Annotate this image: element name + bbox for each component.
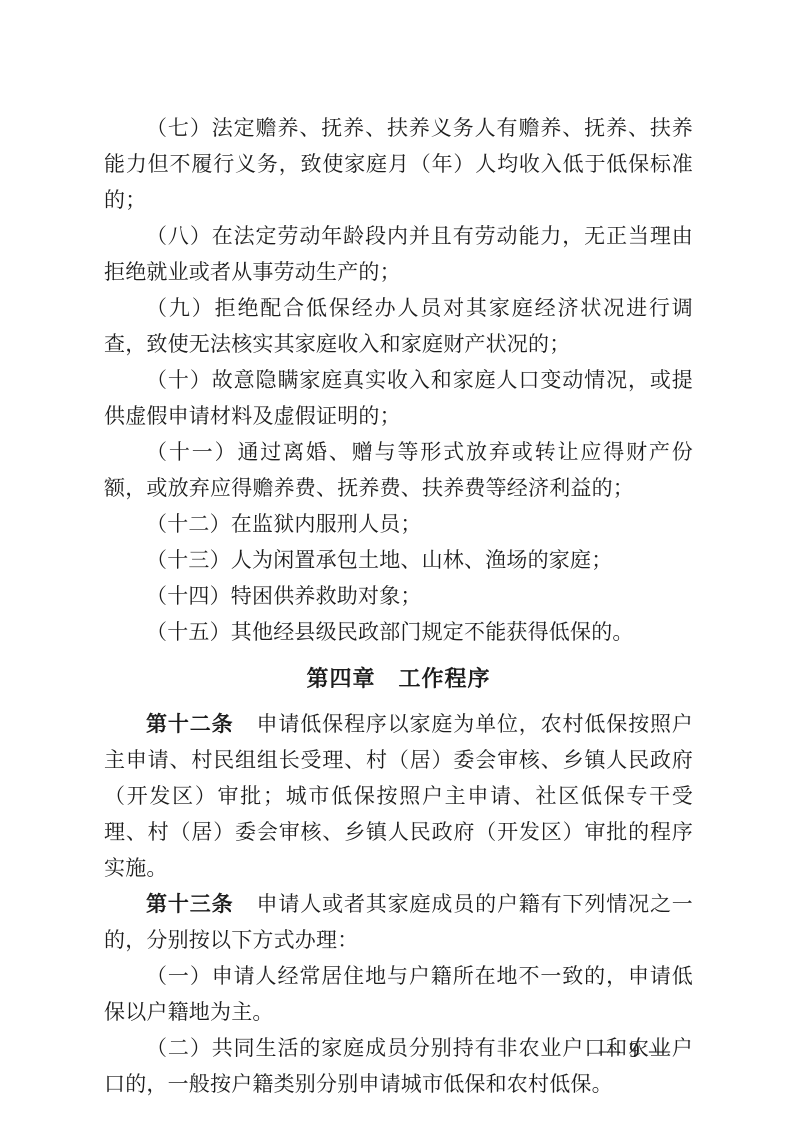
household-item-1: （一）申请人经常居住地与户籍所在地不一致的，申请低保以户籍地为主。 bbox=[104, 958, 693, 1030]
clause-item-8: （八）在法定劳动年龄段内并且有劳动能力，无正当理由拒绝就业或者从事劳动生产的； bbox=[104, 218, 693, 290]
clause-item-12: （十二）在监狱内服刑人员； bbox=[104, 506, 693, 542]
article-12: 第十二条申请低保程序以家庭为单位，农村低保按照户主申请、村民组组长受理、村（居）… bbox=[104, 706, 693, 886]
article-12-text: 申请低保程序以家庭为单位，农村低保按照户主申请、村民组组长受理、村（居）委会审核… bbox=[104, 712, 693, 880]
clause-item-9: （九）拒绝配合低保经办人员对其家庭经济状况进行调查，致使无法核实其家庭收入和家庭… bbox=[104, 290, 693, 362]
article-13-number: 第十三条 bbox=[146, 892, 233, 916]
clause-item-7: （七）法定赡养、抚养、扶养义务人有赡养、抚养、扶养能力但不履行义务，致使家庭月（… bbox=[104, 110, 693, 218]
clause-item-15: （十五）其他经县级民政部门规定不能获得低保的。 bbox=[104, 614, 693, 650]
clause-item-10: （十）故意隐瞒家庭真实收入和家庭人口变动情况，或提供虚假申请材料及虚假证明的； bbox=[104, 362, 693, 434]
article-12-number: 第十二条 bbox=[146, 712, 233, 736]
document-body: （七）法定赡养、抚养、扶养义务人有赡养、抚养、扶养能力但不履行义务，致使家庭月（… bbox=[104, 110, 693, 1102]
document-page: （七）法定赡养、抚养、扶养义务人有赡养、抚养、扶养能力但不履行义务，致使家庭月（… bbox=[0, 0, 793, 1122]
article-13: 第十三条申请人或者其家庭成员的户籍有下列情况之一的，分别按以下方式办理： bbox=[104, 886, 693, 958]
clause-item-14: （十四）特困供养救助对象； bbox=[104, 578, 693, 614]
page-number: — 9 — bbox=[599, 1038, 672, 1062]
clause-item-11: （十一）通过离婚、赠与等形式放弃或转让应得财产份额，或放弃应得赡养费、抚养费、扶… bbox=[104, 434, 693, 506]
clause-item-13: （十三）人为闲置承包土地、山林、渔场的家庭； bbox=[104, 542, 693, 578]
chapter-heading: 第四章 工作程序 bbox=[104, 661, 693, 697]
